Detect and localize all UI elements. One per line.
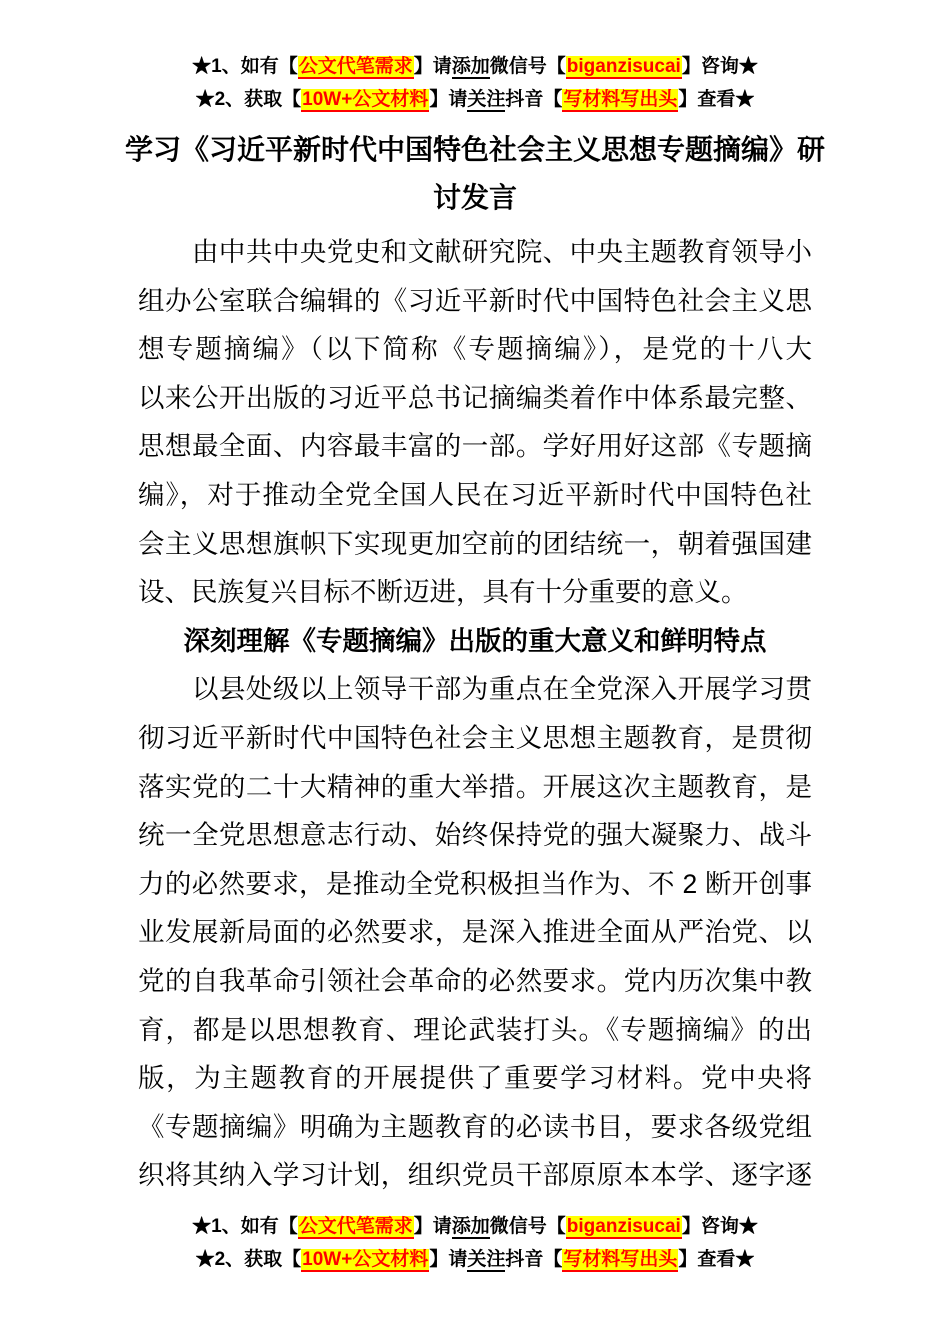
paragraph-line: 落实党的二十大精神的重大举措。开展这次主题教育，是 — [138, 763, 812, 812]
banner-underlined-text: 关注 — [467, 1249, 505, 1272]
banner-line-2: ★2、获取【10W+公文材料】请关注抖音【写材料写出头】查看★ — [0, 1243, 950, 1276]
paragraph-line: 《专题摘编》明确为主题教育的必读书目，要求各级党组 — [138, 1103, 812, 1152]
paragraph-line: 织将其纳入学习计划，组织党员干部原原本本学、逐字逐 — [138, 1151, 812, 1200]
promo-banner-top: ★1、如有【公文代笔需求】请添加微信号【biganzisucai】咨询★★2、获… — [0, 0, 950, 116]
paragraph-line: 育，都是以思想教育、理论武装打头。《专题摘编》的出 — [138, 1006, 812, 1055]
banner-line-2: ★2、获取【10W+公文材料】请关注抖音【写材料写出头】查看★ — [0, 83, 950, 116]
document-page: ★1、如有【公文代笔需求】请添加微信号【biganzisucai】咨询★★2、获… — [0, 0, 950, 1344]
paragraph-line: 党的自我革命引领社会革命的必然要求。党内历次集中教 — [138, 957, 812, 1006]
section-heading: 深刻理解《专题摘编》出版的重大意义和鲜明特点 — [138, 617, 812, 666]
banner-text: 抖音【 — [505, 89, 562, 110]
banner-highlight-text: biganzisucai — [566, 1216, 682, 1239]
paragraph-line: 彻习近平新时代中国特色社会主义思想主题教育，是贯彻 — [138, 714, 812, 763]
paragraph-line: 以来公开出版的习近平总书记摘编类着作中体系最完整、 — [138, 374, 812, 423]
banner-text: 】咨询★ — [682, 56, 758, 77]
banner-text: 抖音【 — [505, 1249, 562, 1270]
banner-text: 】请 — [429, 1249, 467, 1270]
banner-text: 】请 — [414, 1216, 452, 1237]
paragraph-line: 设、民族复兴目标不断迈进，具有十分重要的意义。 — [138, 568, 812, 617]
banner-highlight-text: 写材料写出头 — [562, 1249, 678, 1272]
banner-text: ★1、如有【 — [192, 56, 298, 77]
paragraph-line: 以县处级以上领导干部为重点在全党深入开展学习贯 — [138, 665, 812, 714]
paragraph-line: 编》，对于推动全党全国人民在习近平新时代中国特色社 — [138, 471, 812, 520]
banner-highlight-text: 10W+公文材料 — [301, 89, 429, 112]
banner-line-1: ★1、如有【公文代笔需求】请添加微信号【biganzisucai】咨询★ — [0, 50, 950, 83]
document-body: 由中共中央党史和文献研究院、中央主题教育领导小组办公室联合编辑的《习近平新时代中… — [138, 228, 812, 1200]
banner-text: 微信号【 — [490, 1216, 566, 1237]
banner-highlight-text: biganzisucai — [566, 56, 682, 79]
banner-text: 】请 — [414, 56, 452, 77]
banner-underlined-text: 关注 — [467, 89, 505, 112]
paragraph-line: 力的必然要求，是推动全党积极担当作为、不 2 断开创事 — [138, 860, 812, 909]
banner-highlight-text: 写材料写出头 — [562, 89, 678, 112]
banner-line-1: ★1、如有【公文代笔需求】请添加微信号【biganzisucai】咨询★ — [0, 1210, 950, 1243]
paragraph-line: 版，为主题教育的开展提供了重要学习材料。党中央将 — [138, 1054, 812, 1103]
banner-highlight-text: 10W+公文材料 — [301, 1249, 429, 1272]
paragraph-line: 统一全党思想意志行动、始终保持党的强大凝聚力、战斗 — [138, 811, 812, 860]
banner-underlined-text: 添加 — [452, 56, 490, 79]
paragraph-line: 业发展新局面的必然要求，是深入推进全面从严治党、以 — [138, 908, 812, 957]
paragraph-line: 由中共中央党史和文献研究院、中央主题教育领导小 — [138, 228, 812, 277]
banner-text: 】请 — [429, 89, 467, 110]
paragraph-line: 想专题摘编》（以下简称《专题摘编》），是党的十八大 — [138, 325, 812, 374]
banner-text: ★2、获取【 — [196, 89, 302, 110]
banner-highlight-text: 公文代笔需求 — [298, 1216, 414, 1239]
document-title: 学习《习近平新时代中国特色社会主义思想专题摘编》研 讨发言 — [0, 126, 950, 222]
banner-text: ★1、如有【 — [192, 1216, 298, 1237]
banner-highlight-text: 公文代笔需求 — [298, 56, 414, 79]
paragraph-line: 会主义思想旗帜下实现更加空前的团结统一，朝着强国建 — [138, 520, 812, 569]
banner-text: 】查看★ — [678, 89, 754, 110]
banner-text: 】咨询★ — [682, 1216, 758, 1237]
banner-underlined-text: 添加 — [452, 1216, 490, 1239]
document-title-line-2: 讨发言 — [0, 174, 950, 222]
promo-banner-bottom: ★1、如有【公文代笔需求】请添加微信号【biganzisucai】咨询★★2、获… — [0, 1210, 950, 1276]
banner-text: 微信号【 — [490, 56, 566, 77]
paragraph-line: 思想最全面、内容最丰富的一部。学好用好这部《专题摘 — [138, 422, 812, 471]
document-title-line-1: 学习《习近平新时代中国特色社会主义思想专题摘编》研 — [0, 126, 950, 174]
banner-text: 】查看★ — [678, 1249, 754, 1270]
banner-text: ★2、获取【 — [196, 1249, 302, 1270]
paragraph-line: 组办公室联合编辑的《习近平新时代中国特色社会主义思 — [138, 277, 812, 326]
